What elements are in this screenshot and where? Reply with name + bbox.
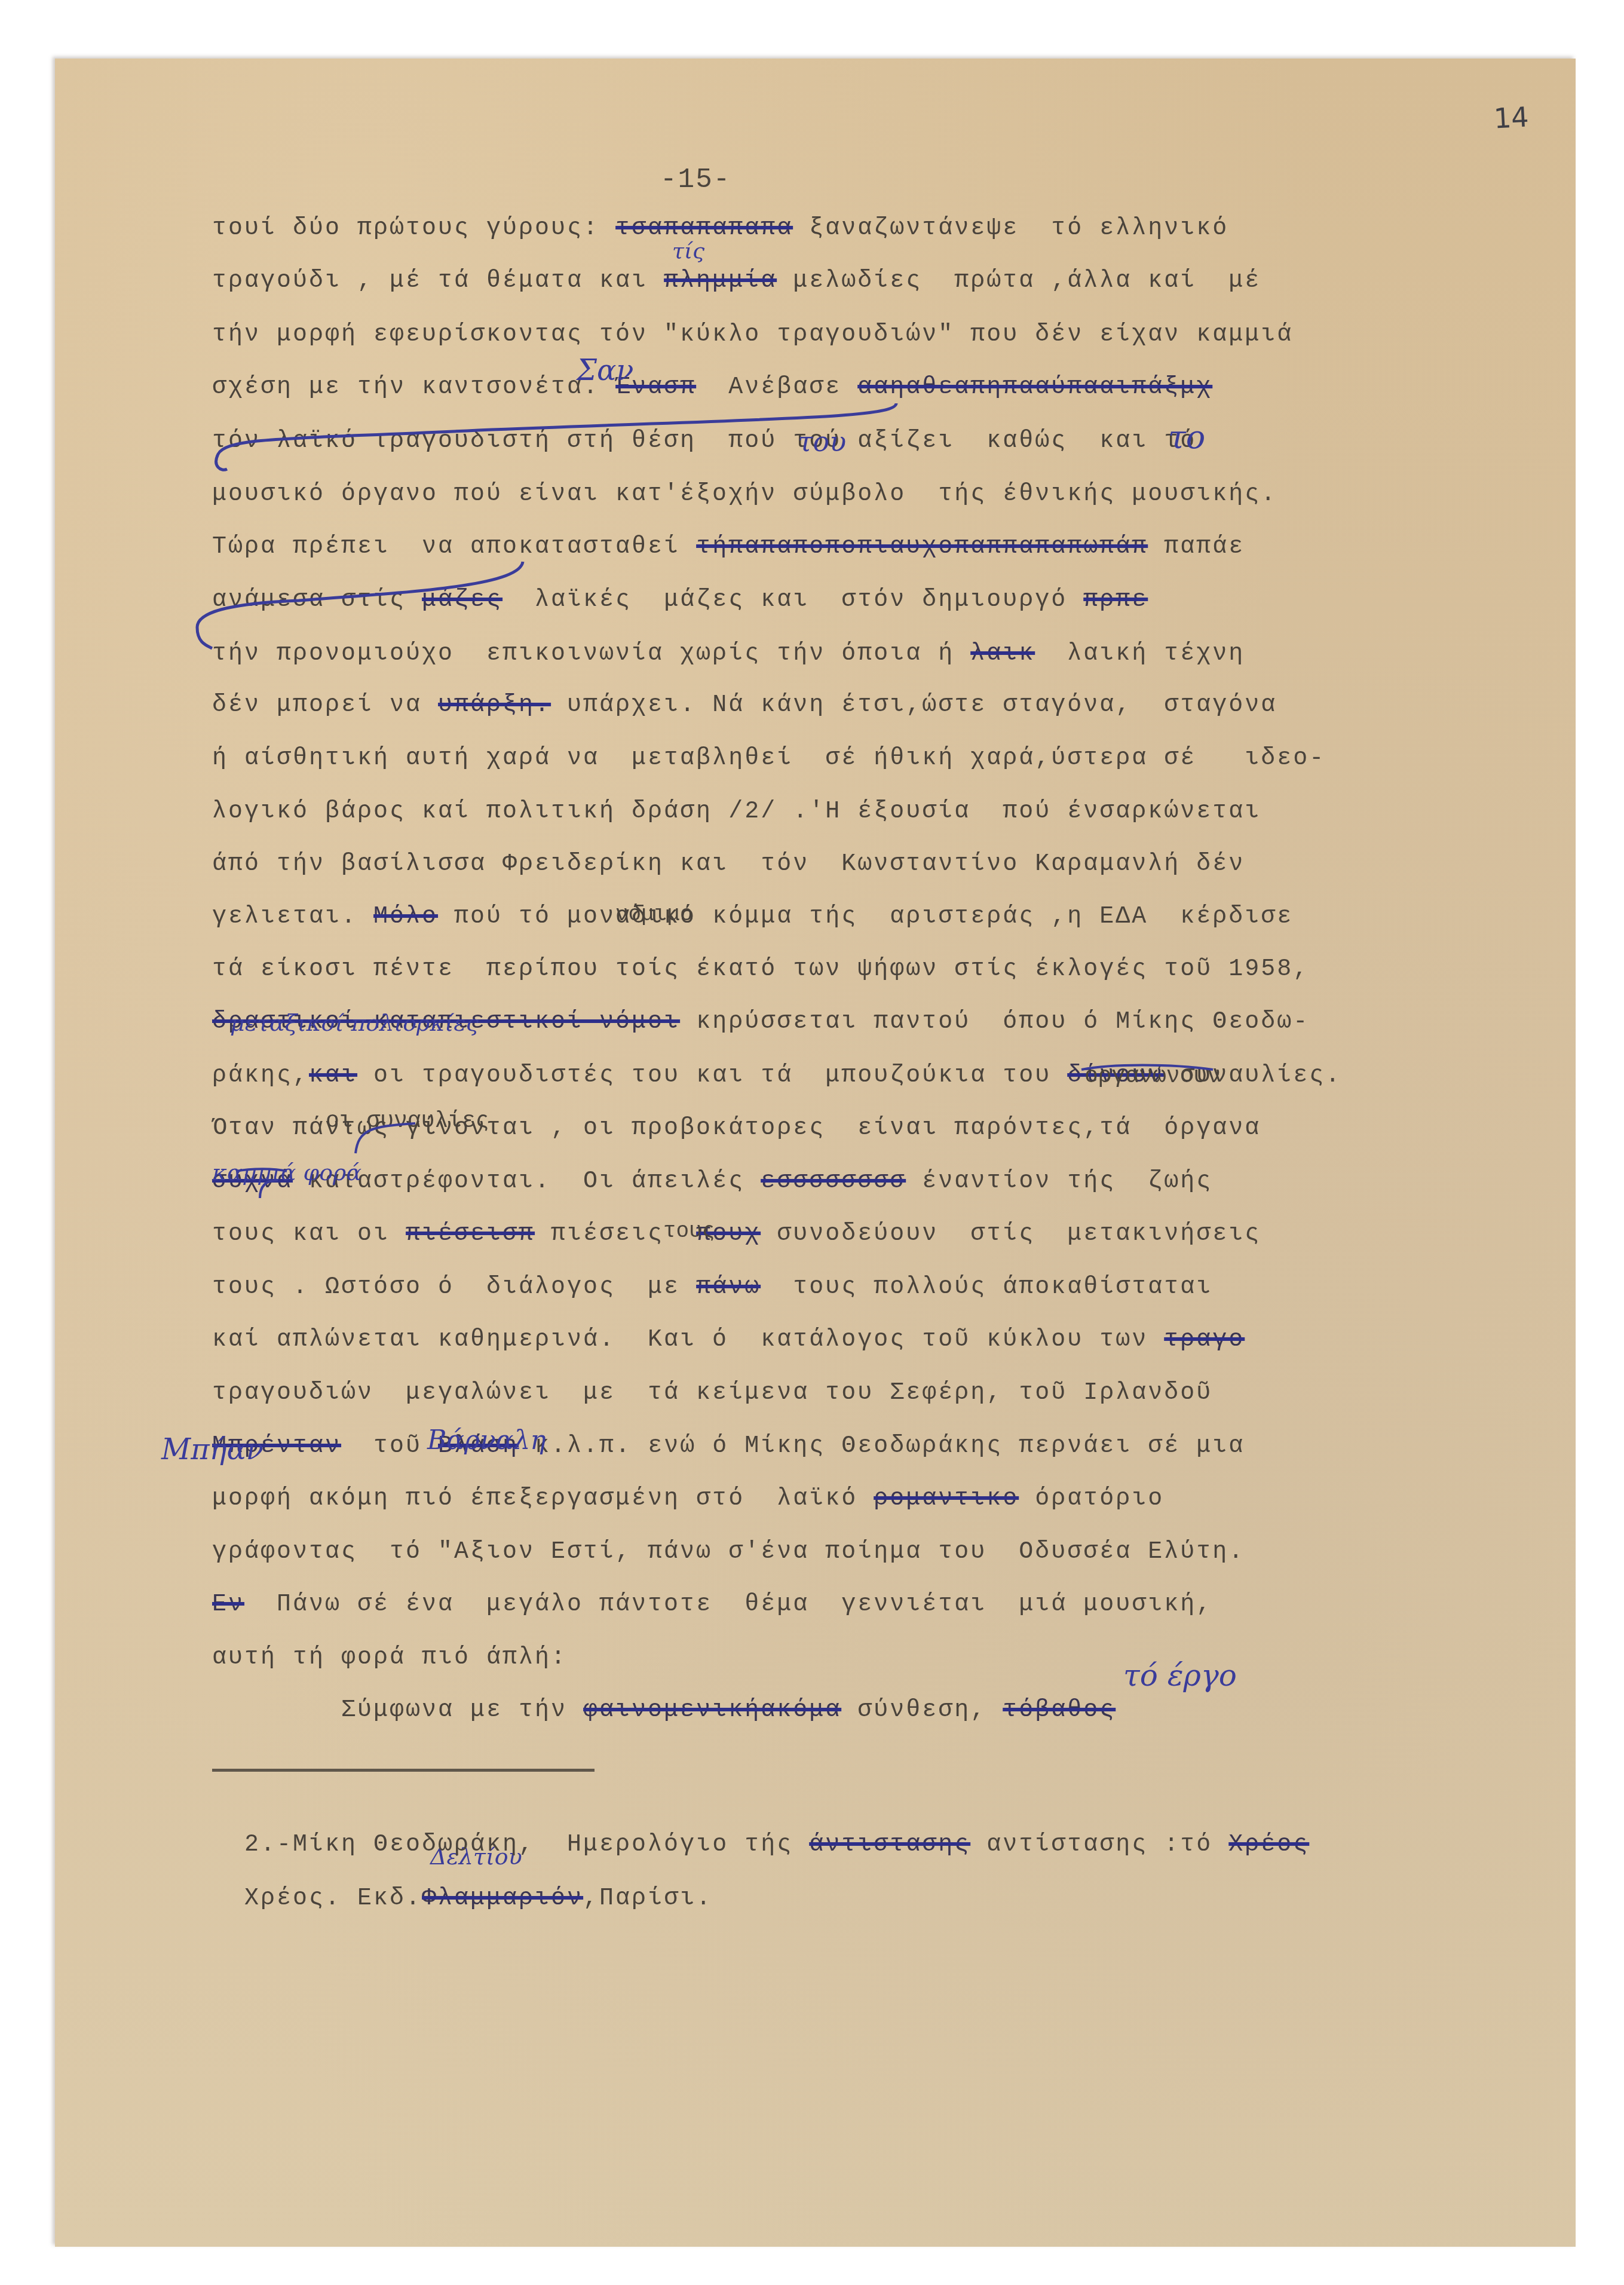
struck-word: τραγο	[1164, 1327, 1245, 1353]
typed-text: αυτή τή φορά πιό άπλή:	[212, 1644, 567, 1671]
struck-word: Εν	[212, 1591, 244, 1618]
typed-line: τους και οι πιέσεισπ πιέσεις πουχ συνοδε…	[212, 1221, 1261, 1248]
struck-word: Φλαμμαριόν	[422, 1885, 583, 1912]
struck-word: τόβαθος	[1003, 1697, 1116, 1724]
typed-text: κηρύσσεται παντού όπου ό Μίκης Θεοδω-	[680, 1009, 1309, 1036]
typed-line: γελιεται. Μόλο πού τό μοναδικό κόμμα τής…	[212, 903, 1293, 931]
typed-line: αυτή τή φορά πιό άπλή:	[212, 1644, 567, 1672]
typed-line: τραγουδιών μεγαλώνει με τά κείμενα του Σ…	[212, 1380, 1212, 1407]
typed-text: πού τό μοναδικό κόμμα τής αριστεράς ,η Ε…	[438, 903, 1293, 930]
typed-line: Εν Πάνω σέ ένα μεγάλο πάντοτε θέμα γεννι…	[212, 1591, 1212, 1619]
handwritten-insertion: τό έργο	[1123, 1658, 1237, 1693]
typed-line: άπό τήν βασίλισσα Φρειδερίκη και τόν Κων…	[212, 851, 1245, 878]
handwritten-insertion: μεταξικοί πολιορκίες	[230, 1010, 479, 1036]
handwritten-insertion: το	[1168, 418, 1205, 456]
typed-text: τήν προνομιούχο επικοινωνία χωρίς τήν όπ…	[212, 641, 970, 667]
typed-text: σχέση με τήν καντσονέτα.	[212, 374, 615, 401]
typed-line: λογικό βάρος καί πολιτική δράση /2/ .'Η …	[212, 798, 1261, 826]
struck-word: ααηαθεαπηπααύπααιπάξμχ	[857, 374, 1212, 401]
archive-page-number: 14	[1493, 101, 1530, 135]
typed-text: λαϊκές μάζες και στόν δημιουργό	[502, 587, 1083, 614]
handwritten-insertion: τίς	[672, 239, 704, 264]
typed-line: τήν προνομιούχο επικοινωνία χωρίς τήν όπ…	[212, 641, 1245, 668]
struck-word: πλημμία	[664, 268, 777, 295]
typed-line: γράφοντας τό "Αξιον Εστί, πάνω σ'ένα ποί…	[212, 1539, 1245, 1566]
typed-text: τήν μορφή εφευρίσκοντας τόν "κύκλο τραγο…	[212, 321, 1293, 348]
typed-line: τόν λαϊκό τραγουδιστή στή θέση πού τού α…	[212, 428, 1196, 455]
typed-text: τοῦ	[341, 1433, 438, 1460]
struck-word: πρπε	[1083, 587, 1148, 614]
struck-word: Μόλο	[373, 903, 438, 930]
typed-text: Ανέβασε	[696, 374, 857, 401]
typed-text: Πάνω σέ ένα μεγάλο πάντοτε θέμα γεννιέτα…	[244, 1591, 1212, 1618]
struck-word: λαικ	[970, 641, 1035, 667]
typed-text: ή αίσθητική αυτή χαρά να μεταβληθεί σέ ή…	[212, 745, 1325, 772]
typed-line: Μπρένταν τοῦ Βλάση κ.λ.π. ενώ ό Μίκης Θε…	[212, 1433, 1245, 1460]
struck-word: τσαπαπαπαπα	[615, 215, 793, 242]
typed-text: μουσικό όργανο πού είναι κατ'έξοχήν σύμβ…	[212, 481, 1277, 508]
struck-word: ρομαντικο	[874, 1485, 1019, 1512]
footnote-line-1: 2.-Μίκη Θεοδωράκη, Ημερολόγιο τής άντιστ…	[212, 1805, 1309, 1858]
typed-line: Τώρα πρέπει να αποκατασταθεί τήπαπαποποπ…	[212, 534, 1245, 561]
handwritten-insertion: καμμιά φορά	[212, 1159, 361, 1186]
typed-text: τραγουδιών μεγαλώνει με τά κείμενα του Σ…	[212, 1380, 1212, 1407]
typed-text: όρατόριο	[1019, 1485, 1164, 1512]
typed-line: μουσικό όργανο πού είναι κατ'έξοχήν σύμβ…	[212, 481, 1277, 509]
typed-line: τουί δύο πρώτους γύρους: τσαπαπαπαπα ξαν…	[212, 215, 1228, 243]
handwritten-insertion: Βάρναλη	[427, 1425, 546, 1456]
handwritten-insertion: Μπήαν	[161, 1433, 263, 1466]
typed-line: Σύμφωνα με τήν φαινομενικήακόμα σύνθεση,…	[212, 1697, 1116, 1725]
typed-text: κ.λ.π. ενώ ό Μίκης Θεοδωράκης περνάει σέ…	[519, 1433, 1245, 1460]
typed-line: τήν μορφή εφευρίσκοντας τόν "κύκλο τραγο…	[212, 321, 1293, 349]
typed-text: λογικό βάρος καί πολιτική δράση /2/ .'Η …	[212, 798, 1261, 825]
struck-word: άντιστασης	[809, 1831, 970, 1858]
typed-text: Σύμφωνα με τήν	[212, 1697, 583, 1724]
struck-word: πιέσεισπ	[406, 1221, 535, 1248]
struck-word: φαινομενική	[583, 1697, 761, 1724]
typed-text: τά είκοσι πέντε περίπου τοίς έκατό των ψ…	[212, 956, 1309, 983]
typed-line: τά είκοσι πέντε περίπου τοίς έκατό των ψ…	[212, 956, 1309, 984]
typed-insertion: τους	[663, 1219, 715, 1243]
typed-text: ξαναζωντάνεψε τό ελληνικό	[793, 215, 1228, 242]
typed-line: σχέση με τήν καντσονέτα. Ένασπ Ανέβασε α…	[212, 374, 1212, 402]
typed-text: τους και οι	[212, 1221, 406, 1248]
typed-insertion: οργανώνουν	[1084, 1064, 1221, 1089]
typed-text: τους . Ωστόσο ό διάλογος με	[212, 1274, 696, 1301]
typed-line: ανάμεσα στίς μάζες λαϊκές μάζες και στόν…	[212, 587, 1148, 614]
typed-insertion: νόμιμο	[615, 902, 693, 927]
typed-text: καί απλώνεται καθημερινά. Και ό κατάλογο…	[212, 1327, 1164, 1353]
typed-text: Τώρα πρέπει να αποκατασταθεί	[212, 534, 696, 560]
typed-page-number: -15-	[660, 164, 731, 195]
typed-line: δέν μπορεί να υπάρξη. υπάρχει. Νά κάνη έ…	[212, 692, 1277, 719]
typed-insertion: οι συναυλίες	[326, 1108, 489, 1134]
typed-text: υπάρχει. Νά κάνη έτσι,ώστε σταγόνα, σταγ…	[551, 692, 1277, 719]
struck-word: ακόμα	[761, 1697, 841, 1724]
struck-word: εσσσσσσσσ	[761, 1168, 906, 1195]
typed-text: λαική τέχνη	[1035, 641, 1245, 667]
typed-text: σύνθεση,	[841, 1697, 1003, 1724]
struck-word: τήπαπαποποπιαυχοπαππαπαπωπάπ	[696, 534, 1148, 560]
typed-text: τόν λαϊκό τραγουδιστή στή θέση πού τού α…	[212, 428, 1196, 455]
typed-line: τους . Ωστόσο ό διάλογος με πάνω τους πο…	[212, 1274, 1212, 1301]
handwritten-insertion: Σαν	[577, 354, 634, 387]
typed-text: μορφή ακόμη πιό έπεξεργασμένη στό λαϊκό	[212, 1485, 874, 1512]
typed-text: ανάμεσα στίς	[212, 587, 422, 614]
typed-text: καταστρέφονται. Οι άπειλές	[293, 1168, 761, 1195]
typed-text: ράκης,	[212, 1062, 309, 1089]
struck-word: Χρέος	[1228, 1831, 1309, 1858]
typed-text: δέν μπορεί να	[212, 692, 438, 719]
typed-text: τους πολλούς άποκαθίσταται	[761, 1274, 1212, 1301]
typed-text: γράφοντας τό "Αξιον Εστί, πάνω σ'ένα ποί…	[212, 1539, 1245, 1566]
typed-line: καί απλώνεται καθημερινά. Και ό κατάλογο…	[212, 1327, 1245, 1354]
typed-text: τραγούδι , μέ τά θέματα και	[212, 268, 664, 295]
typed-text: έναντίον τής ζωής	[906, 1168, 1212, 1195]
typed-line: μορφή ακόμη πιό έπεξεργασμένη στό λαϊκό …	[212, 1485, 1164, 1513]
typed-text: μελωδίες πρώτα ,άλλα καί μέ	[777, 268, 1261, 295]
footnote-separator	[212, 1769, 595, 1772]
typed-text: παπάε	[1148, 534, 1245, 560]
typed-line: συχνά καταστρέφονται. Οι άπειλές εσσσσσσ…	[212, 1168, 1212, 1196]
struck-word: πάνω	[696, 1274, 761, 1301]
struck-word: μάζες	[422, 587, 502, 614]
typed-text: άπό τήν βασίλισσα Φρειδερίκη και τόν Κων…	[212, 851, 1245, 878]
footnote-line-2: Χρέος. Εκδ.Φλαμμαριόν,Παρίσι.	[212, 1858, 712, 1912]
typed-line: τραγούδι , μέ τά θέματα και πλημμία μελω…	[212, 268, 1261, 295]
handwritten-insertion: του	[798, 425, 846, 458]
struck-word: και	[309, 1062, 357, 1089]
typed-text: γελιεται.	[212, 903, 373, 930]
typed-line: ή αίσθητική αυτή χαρά να μεταβληθεί σέ ή…	[212, 745, 1325, 773]
typed-text: οι τραγουδιστές του και τά μπουζούκια το…	[357, 1062, 1067, 1089]
typed-text: συνοδεύουν στίς μετακινήσεις	[761, 1221, 1261, 1248]
typed-text: τουί δύο πρώτους γύρους:	[212, 215, 615, 242]
struck-word: υπάρξη.	[438, 692, 551, 719]
